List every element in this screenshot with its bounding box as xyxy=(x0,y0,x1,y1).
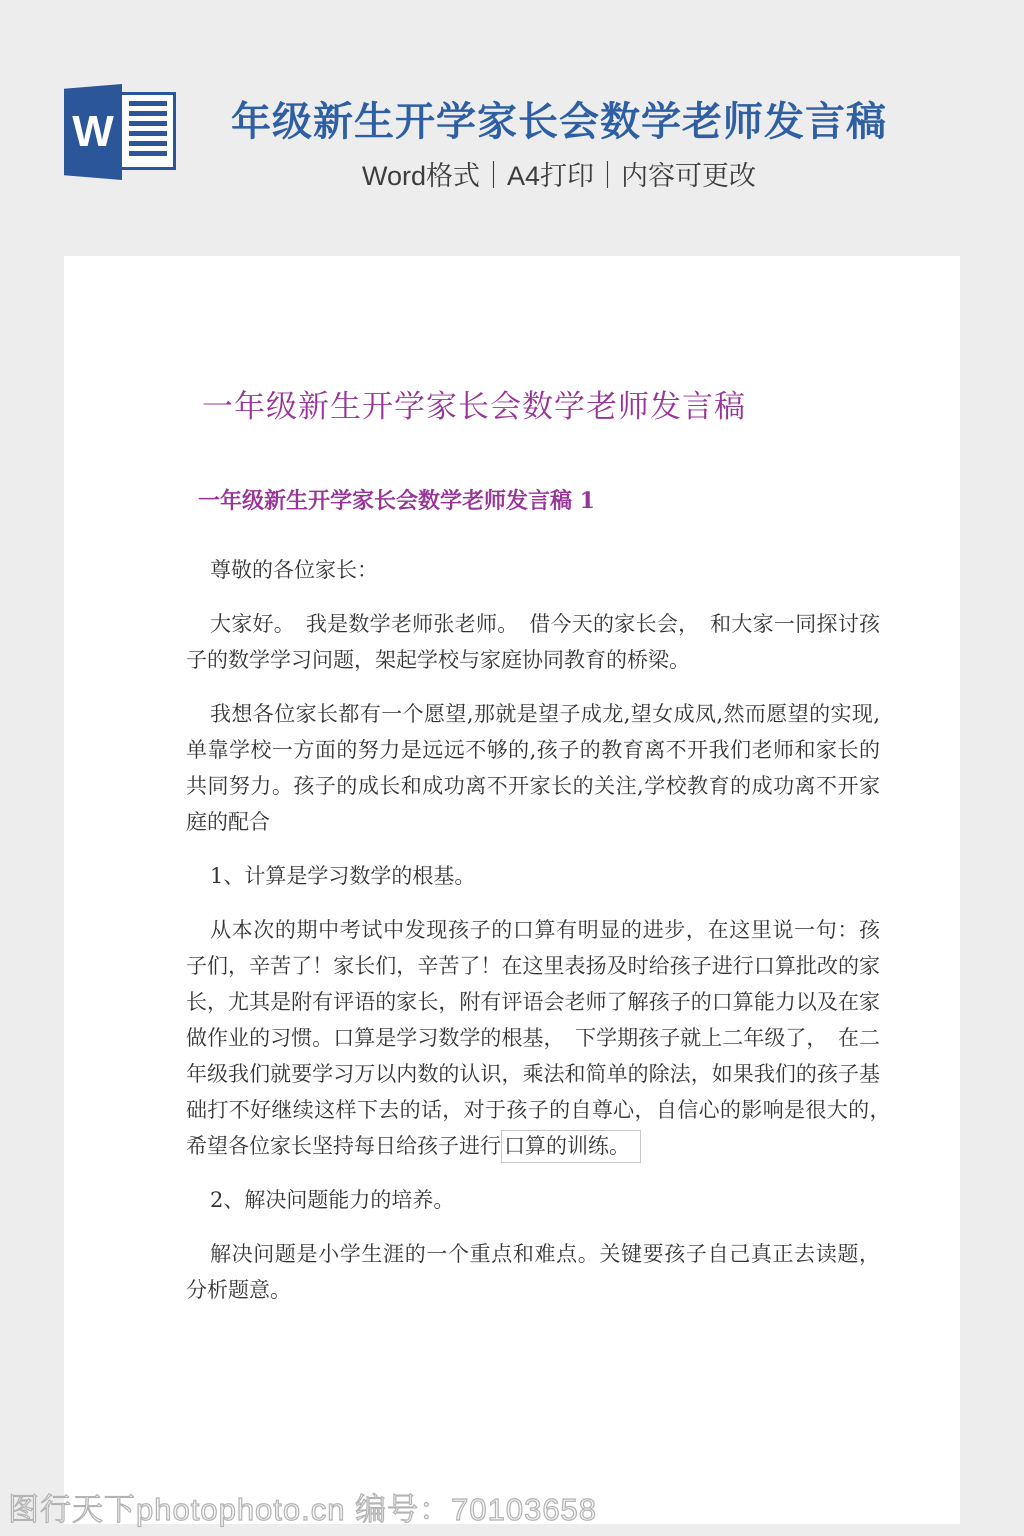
word-icon-front-panel: W xyxy=(64,84,122,180)
page-background: W 年级新生开学家长会数学老师发言稿 Word格式｜A4打印｜内容可更改 一年级… xyxy=(0,0,1024,1536)
word-icon-document-sheet xyxy=(116,92,176,170)
site-watermark: 图行天下photophoto.cn 编号：70103658 xyxy=(8,1484,597,1529)
paragraph-text: 大家好。 我是数学老师张老师。 借今天的家长会， 和大家一同探讨孩子的数学学习问… xyxy=(186,612,880,672)
document-page: 一年级新生开学家长会数学老师发言稿 一年级新生开学家长会数学老师发言稿 1 尊敬… xyxy=(64,256,960,1524)
paragraph-text: 1、计算是学习数学的根基。 xyxy=(210,864,475,888)
paragraph-text: 2、解决问题能力的培养。 xyxy=(210,1188,454,1212)
paragraph-text: 从本次的期中考试中发现孩子的口算有明显的进步，在这里说一句：孩子们，辛苦了！家长… xyxy=(186,918,901,1158)
document-title: 一年级新生开学家长会数学老师发言稿 xyxy=(202,386,880,428)
word-icon: W xyxy=(64,84,178,180)
boxed-text: 口算的训练。 xyxy=(501,1130,641,1163)
paragraph-text: 尊敬的各位家长： xyxy=(210,558,378,582)
paragraph: 解决问题是小学生涯的一个重点和难点。关键要孩子自己真正去读题，分析题意。 xyxy=(186,1236,880,1308)
paragraph-salutation: 尊敬的各位家长： xyxy=(186,552,880,588)
paragraph-heading-2: 2、解决问题能力的培养。 xyxy=(186,1182,880,1218)
paragraph: 大家好。 我是数学老师张老师。 借今天的家长会， 和大家一同探讨孩子的数学学习问… xyxy=(186,606,880,678)
paragraph-heading-1: 1、计算是学习数学的根基。 xyxy=(186,858,880,894)
document-body: 尊敬的各位家长： 大家好。 我是数学老师张老师。 借今天的家长会， 和大家一同探… xyxy=(186,552,880,1308)
document-subheading: 一年级新生开学家长会数学老师发言稿 1 xyxy=(198,486,880,516)
paragraph-text: 解决问题是小学生涯的一个重点和难点。关键要孩子自己真正去读题，分析题意。 xyxy=(186,1242,880,1302)
header-title: 年级新生开学家长会数学老师发言稿 xyxy=(184,90,934,147)
word-icon-text-lines xyxy=(129,101,167,161)
paragraph: 从本次的期中考试中发现孩子的口算有明显的进步，在这里说一句：孩子们，辛苦了！家长… xyxy=(186,912,880,1164)
header: W 年级新生开学家长会数学老师发言稿 Word格式｜A4打印｜内容可更改 xyxy=(0,0,1024,256)
document-content: 一年级新生开学家长会数学老师发言稿 一年级新生开学家长会数学老师发言稿 1 尊敬… xyxy=(186,256,880,1308)
paragraph: 我想各位家长都有一个愿望,那就是望子成龙,望女成凤,然而愿望的实现,单靠学校一方… xyxy=(186,696,880,840)
word-icon-letter: W xyxy=(72,110,114,154)
header-subtitle: Word格式｜A4打印｜内容可更改 xyxy=(184,154,934,193)
paragraph-text: 我想各位家长都有一个愿望,那就是望子成龙,望女成凤,然而愿望的实现,单靠学校一方… xyxy=(186,702,880,834)
